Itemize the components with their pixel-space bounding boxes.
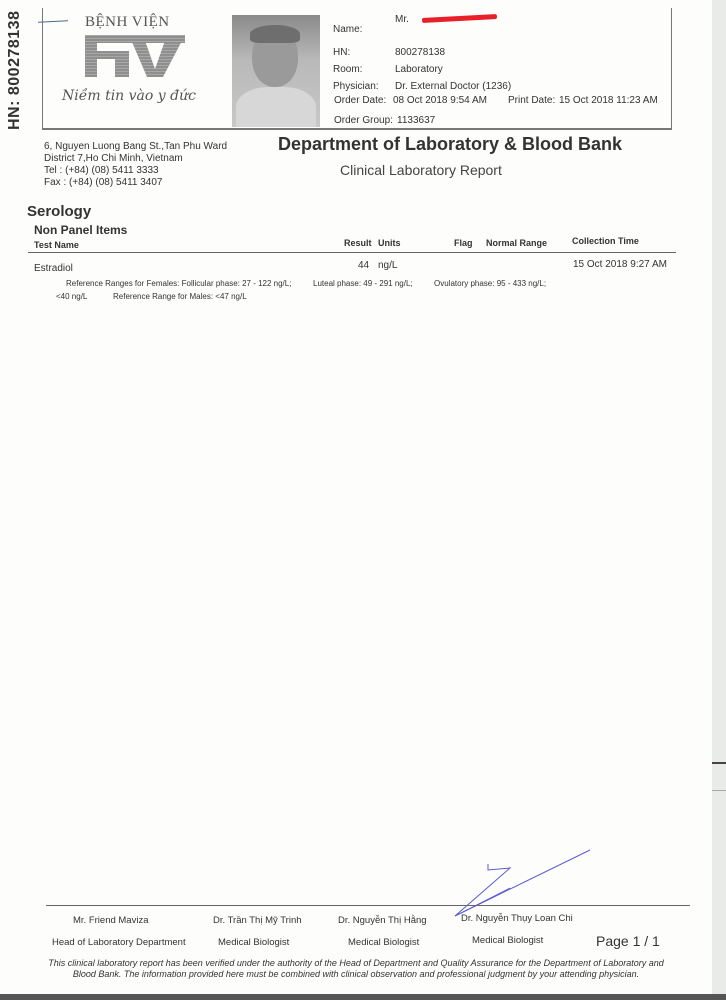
address-line-2: District 7,Ho Chi Minh, Vietnam [44,153,227,165]
ref-males: Reference Range for Males: <47 ng/L [113,292,247,301]
page-number: Page 1 / 1 [596,933,660,949]
hn-label: HN: [333,47,350,58]
hospital-address: 6, Nguyen Luong Bang St.,Tan Phu Ward Di… [44,141,227,189]
hn-value: 800278138 [395,47,445,58]
disclaimer-line-1: This clinical laboratory report has been… [0,958,712,969]
room-value: Laboratory [395,64,443,75]
signatory-role: Medical Biologist [472,935,543,946]
signatory-name: Mr. Friend Maviza [73,915,149,926]
subsection-title: Non Panel Items [34,223,127,237]
col-normal-range: Normal Range [486,238,547,248]
scan-edge-bottom [0,994,726,1000]
collection-time: 15 Oct 2018 9:27 AM [573,259,667,270]
signatory-name: Dr. Nguyễn Thị Hằng [338,915,427,926]
test-name: Estradiol [34,263,73,274]
col-test-name: Test Name [34,240,79,250]
name-label: Name: [333,24,362,35]
order-group-label: Order Group: [334,115,393,126]
address-tel: Tel : (+84) (08) 5411 3333 [44,165,227,177]
scan-edge-right [712,0,726,1000]
signature-mark [450,848,600,918]
order-date-value: 08 Oct 2018 9:54 AM [393,95,487,106]
footer-rule [46,905,690,906]
ref-females-follicular: Reference Ranges for Females: Follicular… [66,279,291,288]
signatory-role: Medical Biologist [348,937,419,948]
hospital-name: BỆNH VIỆN [85,14,170,31]
report-subtitle: Clinical Laboratory Report [340,162,502,178]
col-units: Units [378,238,401,248]
col-collection-time: Collection Time [572,236,639,246]
address-line-1: 6, Nguyen Luong Bang St.,Tan Phu Ward [44,141,227,153]
table-header-rule [28,252,676,253]
disclaimer-line-2: Blood Bank. The information provided her… [0,969,712,980]
room-label: Room: [333,64,362,75]
order-group-value: 1133637 [397,115,435,126]
test-units: ng/L [378,260,397,271]
patient-photo [232,15,320,127]
ref-ovulatory: Ovulatory phase: 95 - 433 ng/L; [434,279,546,288]
disclaimer: This clinical laboratory report has been… [0,958,712,980]
name-value: Mr. [395,14,409,25]
hospital-tagline: Niềm tin vào y đức [62,88,196,104]
lab-report-page: HN: 800278138 BỆNH VIỆN Niềm tin vào y đ… [0,0,712,994]
col-flag: Flag [454,238,473,248]
print-date-label: Print Date: [508,95,555,106]
signatory-name: Dr. Trần Thị Mỹ Trinh [213,915,302,926]
ref-luteal: Luteal phase: 49 - 291 ng/L; [313,279,413,288]
col-result: Result [344,238,372,248]
section-title: Serology [27,203,91,220]
address-fax: Fax : (+84) (08) 5411 3407 [44,177,227,189]
signatory-role: Medical Biologist [218,937,289,948]
physician-value: Dr. External Doctor (1236) [395,81,511,92]
department-title: Department of Laboratory & Blood Bank [278,134,622,155]
signatory-role: Head of Laboratory Department [52,937,186,948]
physician-label: Physician: [333,81,379,92]
ref-postmenopausal: <40 ng/L [56,292,87,301]
fv-logo-icon [85,35,185,77]
order-date-label: Order Date: [334,95,386,106]
print-date-value: 15 Oct 2018 11:23 AM [559,95,658,106]
hn-vertical-label: HN: 800278138 [6,11,24,130]
test-result: 44 [358,260,369,271]
signatory-name: Dr. Nguyễn Thụy Loan Chi [461,913,573,924]
